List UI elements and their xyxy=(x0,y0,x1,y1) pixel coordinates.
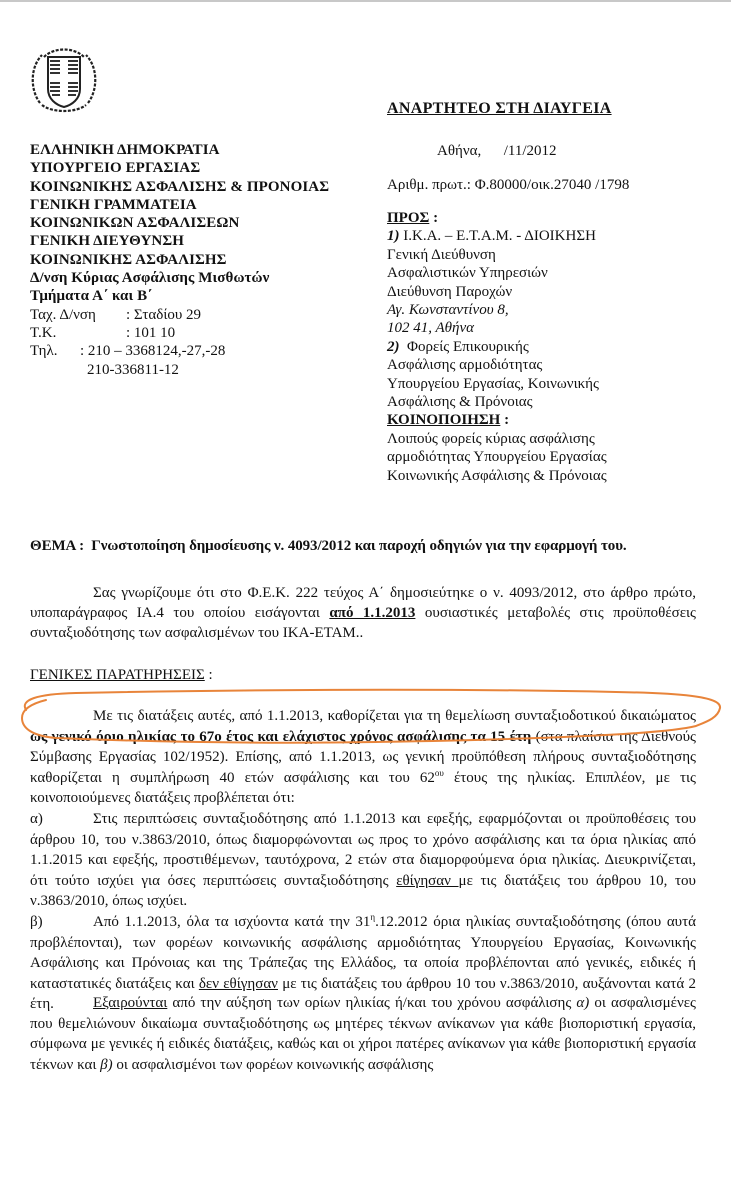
item-text: Από 1.1.2013, όλα τα ισχύοντα κατά την 3… xyxy=(93,914,370,930)
recipient-line: Ασφαλιστικών Υπηρεσιών xyxy=(387,264,607,282)
item-underlined: εθίγησαν xyxy=(396,873,458,889)
cc-line: Κοινωνικής Ασφάλισης & Πρόνοιας xyxy=(387,467,607,485)
postcode-row: Τ.Κ.: 101 10 xyxy=(30,324,329,342)
protocol-number: Αριθμ. πρωτ.: Φ.80000/οικ.27040 /1798 xyxy=(387,177,629,194)
recipient-address: 102 41, Αθήνα xyxy=(387,319,607,337)
pros-colon: : xyxy=(429,210,438,226)
issuer-line: ΓΕΝΙΚΗ ΓΡΑΜΜΑΤΕΙΑ xyxy=(30,196,329,214)
address-label: Ταχ. Δ/νση xyxy=(30,306,126,324)
heading-colon: : xyxy=(205,667,213,683)
cc-line: αρμοδιότητας Υπουργείου Εργασίας xyxy=(387,448,607,466)
exceptions-text: οι ασφαλισμένοι των φορέων κοινωνικής ασ… xyxy=(113,1057,434,1073)
address-row: Ταχ. Δ/νση: Σταδίου 29 xyxy=(30,306,329,324)
issuer-line: Τμήματα Α΄ και Β΄ xyxy=(30,287,329,305)
recipient-line: Διεύθυνση Παροχών xyxy=(387,283,607,301)
greek-coat-of-arms-icon xyxy=(30,45,98,115)
cc-colon: : xyxy=(500,412,509,428)
intro-emphasis: από 1.1.2013 xyxy=(329,605,415,621)
issuer-block: ΕΛΛΗΝΙΚΗ ΔΗΜΟΚΡΑΤΙΑ ΥΠΟΥΡΓΕΙΟ ΕΡΓΑΣΙΑΣ Κ… xyxy=(30,141,329,379)
exceptions-item-label: β) xyxy=(100,1057,112,1073)
intro-paragraph: Σας γνωρίζουμε ότι στο Φ.Ε.Κ. 222 τεύχος… xyxy=(30,583,696,644)
phone-value: : 210 – 3368124,-27,-28 xyxy=(80,343,225,359)
recipient-line: Γενική Διεύθυνση xyxy=(387,246,607,264)
phone-value-2: 210-336811-12 xyxy=(30,361,329,379)
phone-row: Τηλ.: 210 – 3368124,-27,-28 xyxy=(30,342,329,360)
issuer-line: Δ/νση Κύριας Ασφάλισης Μισθωτών xyxy=(30,269,329,287)
issuer-line: ΕΛΛΗΝΙΚΗ ΔΗΜΟΚΡΑΤΙΑ xyxy=(30,141,329,159)
issuer-line: ΚΟΙΝΩΝΙΚΗΣ ΑΣΦΑΛΙΣΗΣ & ΠΡΟΝΟΙΑΣ xyxy=(30,178,329,196)
superscript: ου xyxy=(435,768,444,778)
remarks-paragraph: Με τις διατάξεις αυτές, από 1.1.2013, κα… xyxy=(30,706,696,809)
issuer-line: ΚΟΙΝΩΝΙΚΗΣ ΑΣΦΑΛΙΣΗΣ xyxy=(30,251,329,269)
diavgeia-notice: ΑΝΑΡΤΗΤΕΟ ΣΤΗ ΔΙΑΥΓΕΙΑ xyxy=(387,100,612,118)
exceptions-paragraph: Εξαιρούνται από την αύξηση των ορίων ηλι… xyxy=(30,993,696,1075)
address-value: : Σταδίου 29 xyxy=(126,307,201,323)
postcode-label: Τ.Κ. xyxy=(30,324,126,342)
item-label: α) xyxy=(30,809,93,830)
exceptions-text: από την αύξηση των ορίων ηλικίας ή/και τ… xyxy=(167,995,576,1011)
top-border xyxy=(0,0,731,2)
phone-label: Τηλ. xyxy=(30,342,80,360)
recipient-line: Φορείς Επικουρικής xyxy=(400,339,529,355)
item-a: α)Στις περιπτώσεις συνταξιοδότησης από 1… xyxy=(30,809,696,912)
cc-line: Λοιπούς φορείς κύριας ασφάλισης xyxy=(387,430,607,448)
postcode-value: : 101 10 xyxy=(126,325,175,341)
recipients-block: ΠΡΟΣ : 1) Ι.Κ.Α. – Ε.Τ.Α.Μ. - ΔΙΟΙΚΗΣΗ Γ… xyxy=(387,209,607,485)
pros-label: ΠΡΟΣ xyxy=(387,210,429,226)
item-label: β) xyxy=(30,912,93,933)
issuer-line: ΓΕΝΙΚΗ ΔΙΕΥΘΥΝΣΗ xyxy=(30,232,329,250)
recipient-number: 1) xyxy=(387,228,400,244)
issuer-line: ΚΟΙΝΩΝΙΚΩΝ ΑΣΦΑΛΙΣΕΩΝ xyxy=(30,214,329,232)
heading-text: ΓΕΝΙΚΕΣ ΠΑΡΑΤΗΡΗΣΕΙΣ xyxy=(30,667,205,683)
general-remarks-body: Με τις διατάξεις αυτές, από 1.1.2013, κα… xyxy=(30,706,696,1015)
highlighted-requirement: ως γενικό όριο ηλικίας το 67ο έτος και ε… xyxy=(30,729,531,745)
recipient-line: Ασφάλισης αρμοδιότητας xyxy=(387,356,607,374)
recipient-line: Ι.Κ.Α. – Ε.Τ.Α.Μ. - ΔΙΟΙΚΗΣΗ xyxy=(400,228,596,244)
recipient-address: Αγ. Κωνσταντίνου 8, xyxy=(387,301,607,319)
recipient-line: Υπουργείου Εργασίας, Κοινωνικής xyxy=(387,375,607,393)
remarks-text: Με τις διατάξεις αυτές, από 1.1.2013, κα… xyxy=(93,708,696,724)
subject-line: ΘΕΜΑ : Γνωστοποίηση δημοσίευσης ν. 4093/… xyxy=(30,538,627,555)
recipient-number: 2) xyxy=(387,339,400,355)
subject-label: ΘΕΜΑ : xyxy=(30,538,84,554)
subject-text: Γνωστοποίηση δημοσίευσης ν. 4093/2012 κα… xyxy=(84,538,627,554)
recipient-line: Ασφάλισης & Πρόνοιας xyxy=(387,393,607,411)
cc-label: ΚΟΙΝΟΠΟΙΗΣΗ xyxy=(387,412,500,428)
issuer-line: ΥΠΟΥΡΓΕΙΟ ΕΡΓΑΣΙΑΣ xyxy=(30,159,329,177)
document-date: Αθήνα, /11/2012 xyxy=(437,143,557,160)
item-underlined: δεν εθίγησαν xyxy=(199,976,278,992)
exceptions-keyword: Εξαιρούνται xyxy=(93,995,167,1011)
general-remarks-heading: ΓΕΝΙΚΕΣ ΠΑΡΑΤΗΡΗΣΕΙΣ : xyxy=(30,667,213,684)
exceptions-item-label: α) xyxy=(576,995,589,1011)
